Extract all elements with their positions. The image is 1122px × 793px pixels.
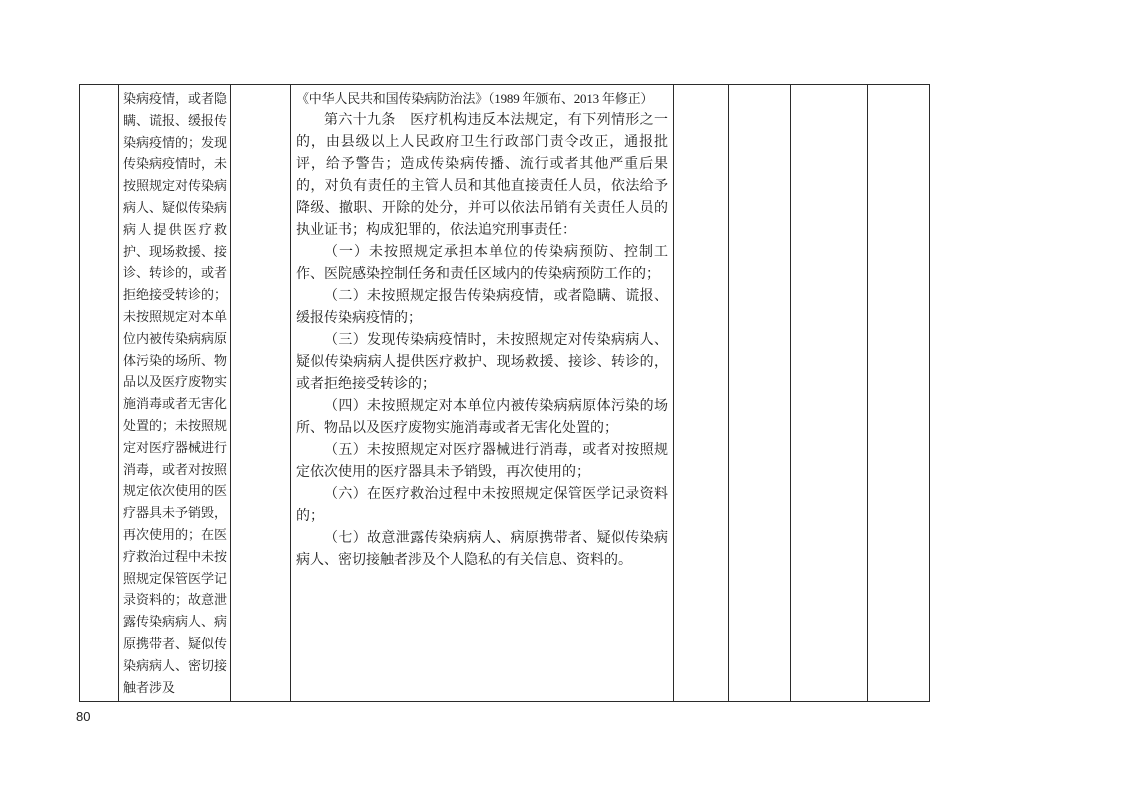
page-number: 80: [76, 709, 90, 724]
law-item-1: （一）未按照规定承担本单位的传染病预防、控制工作、医院感染控制任务和责任区域内的…: [296, 242, 668, 286]
table-cell-empty-left: [80, 85, 119, 701]
table-cell-legal-basis: 《中华人民共和国传染病防治法》（1989 年颁布、2013 年修正） 第六十九条…: [291, 85, 674, 701]
law-item-2: （二）未按照规定报告传染病疫情，或者隐瞒、谎报、缓报传染病疫情的；: [296, 286, 668, 330]
table-cell-empty-4: [868, 85, 929, 701]
law-item-6: （六）在医疗救治过程中未按照规定保管医学记录资料的；: [296, 484, 668, 528]
table-cell-violation: 染病疫情，或者隐瞒、谎报、缓报传染病疫情的；发现传染病疫情时，未按照规定对传染病…: [119, 85, 231, 701]
law-item-3: （三）发现传染病疫情时，未按照规定对传染病病人、疑似传染病病人提供医疗救护、现场…: [296, 330, 668, 396]
law-article-paragraph: 第六十九条 医疗机构违反本法规定，有下列情形之一的，由县级以上人民政府卫生行政部…: [296, 110, 668, 242]
law-item-7: （七）故意泄露传染病病人、病原携带者、疑似传染病病人、密切接触者涉及个人隐私的有…: [296, 528, 668, 572]
document-page: 染病疫情，或者隐瞒、谎报、缓报传染病疫情的；发现传染病疫情时，未按照规定对传染病…: [0, 0, 1122, 793]
law-item-5: （五）未按照规定对医疗器械进行消毒，或者对按照规定依次使用的医疗器具未予销毁，再…: [296, 440, 668, 484]
table-cell-empty-2: [729, 85, 791, 701]
table-cell-empty-3: [791, 85, 868, 701]
table-cell-empty-1: [674, 85, 729, 701]
law-item-4: （四）未按照规定对本单位内被传染病病原体污染的场所、物品以及医疗废物实施消毒或者…: [296, 396, 668, 440]
violation-text: 染病疫情，或者隐瞒、谎报、缓报传染病疫情的；发现传染病疫情时，未按照规定对传染病…: [119, 85, 230, 698]
table-cell-empty-middle: [231, 85, 291, 701]
law-title: 《中华人民共和国传染病防治法》（1989 年颁布、2013 年修正）: [296, 88, 668, 110]
legal-provisions-table: 染病疫情，或者隐瞒、谎报、缓报传染病疫情的；发现传染病疫情时，未按照规定对传染病…: [79, 84, 930, 702]
